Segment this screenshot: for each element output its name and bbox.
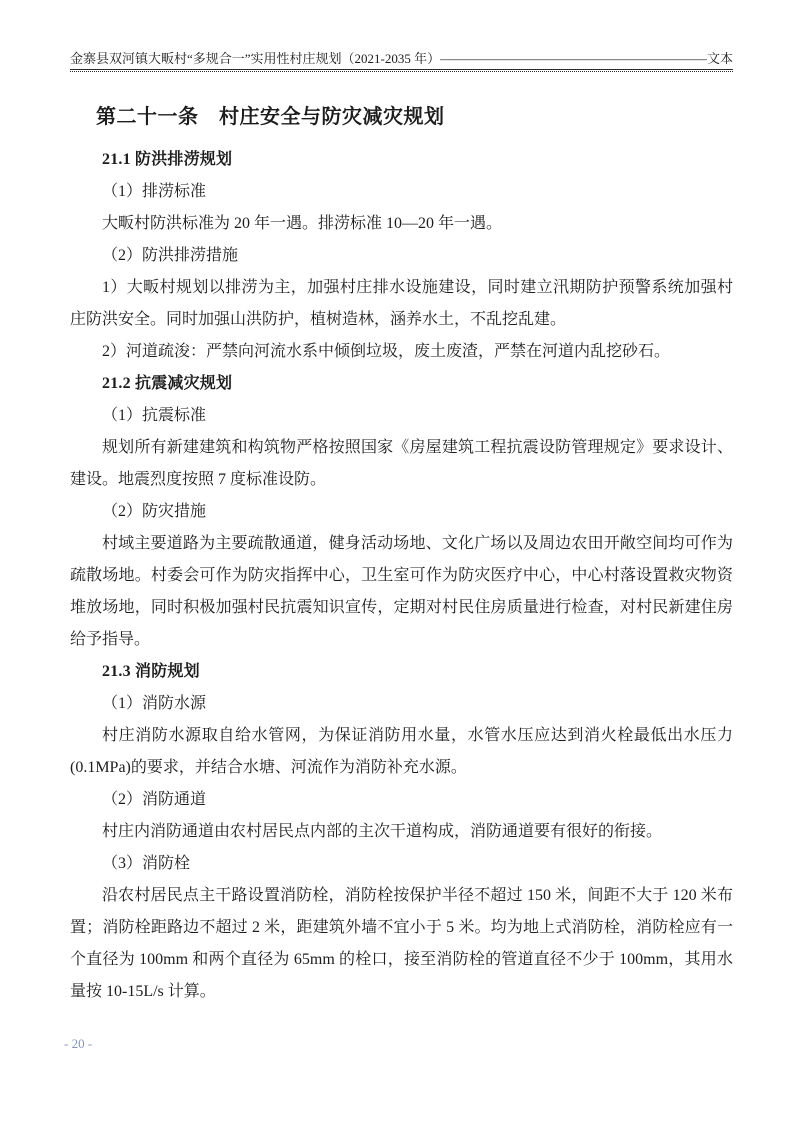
header-rule: [70, 71, 733, 72]
sub-heading: （1）消防水源: [70, 688, 733, 720]
section-heading: 21.1 防洪排涝规划: [70, 144, 733, 176]
sub-heading: （3）消防栓: [70, 848, 733, 880]
paragraph: 村庄消防水源取自给水管网，为保证消防用水量，水管水压应达到消火栓最低出水压力(0…: [70, 720, 733, 784]
page-footer: - 20 -: [64, 1035, 92, 1052]
sub-heading: （2）防灾措施: [70, 496, 733, 528]
paragraph: 大畈村防洪标准为 20 年一遇。排涝标准 10—20 年一遇。: [70, 208, 733, 240]
sub-heading: （2）消防通道: [70, 784, 733, 816]
header-doc-type-label: 文本: [707, 50, 733, 67]
section-heading: 21.2 抗震减灾规划: [70, 368, 733, 400]
paragraph: 1）大畈村规划以排涝为主，加强村庄排水设施建设，同时建立汛期防护预警系统加强村庄…: [70, 272, 733, 336]
paragraph: 2）河道疏浚：严禁向河流水系中倾倒垃圾，废土废渣，严禁在河道内乱挖砂石。: [70, 336, 733, 368]
document-body: 21.1 防洪排涝规划 （1）排涝标准 大畈村防洪标准为 20 年一遇。排涝标准…: [70, 144, 733, 1008]
paragraph: 村庄内消防通道由农村居民点内部的主次干道构成，消防通道要有很好的衔接。: [70, 816, 733, 848]
paragraph: 沿农村居民点主干路设置消防栓，消防栓按保护半径不超过 150 米，间距不大于 1…: [70, 880, 733, 1008]
sub-heading: （1）排涝标准: [70, 176, 733, 208]
header-title: 金寨县双河镇大畈村“多规合一”实用性村庄规划（2021-2035 年）: [70, 50, 440, 67]
page-header: 金寨县双河镇大畈村“多规合一”实用性村庄规划（2021-2035 年） ————…: [70, 50, 733, 70]
page-number: - 20 -: [64, 1036, 92, 1051]
sub-heading: （1）抗震标准: [70, 400, 733, 432]
sub-heading: （2）防洪排涝措施: [70, 240, 733, 272]
paragraph: 村域主要道路为主要疏散通道，健身活动场地、文化广场以及周边农田开敞空间均可作为疏…: [70, 528, 733, 656]
paragraph: 规划所有新建建筑和构筑物严格按照国家《房屋建筑工程抗震设防管理规定》要求设计、建…: [70, 432, 733, 496]
header-dash-leader: ——————————————————————: [440, 50, 707, 67]
document-page: 金寨县双河镇大畈村“多规合一”实用性村庄规划（2021-2035 年） ————…: [0, 0, 793, 1122]
section-heading: 21.3 消防规划: [70, 656, 733, 688]
article-title: 第二十一条 村庄安全与防灾减灾规划: [96, 102, 733, 132]
